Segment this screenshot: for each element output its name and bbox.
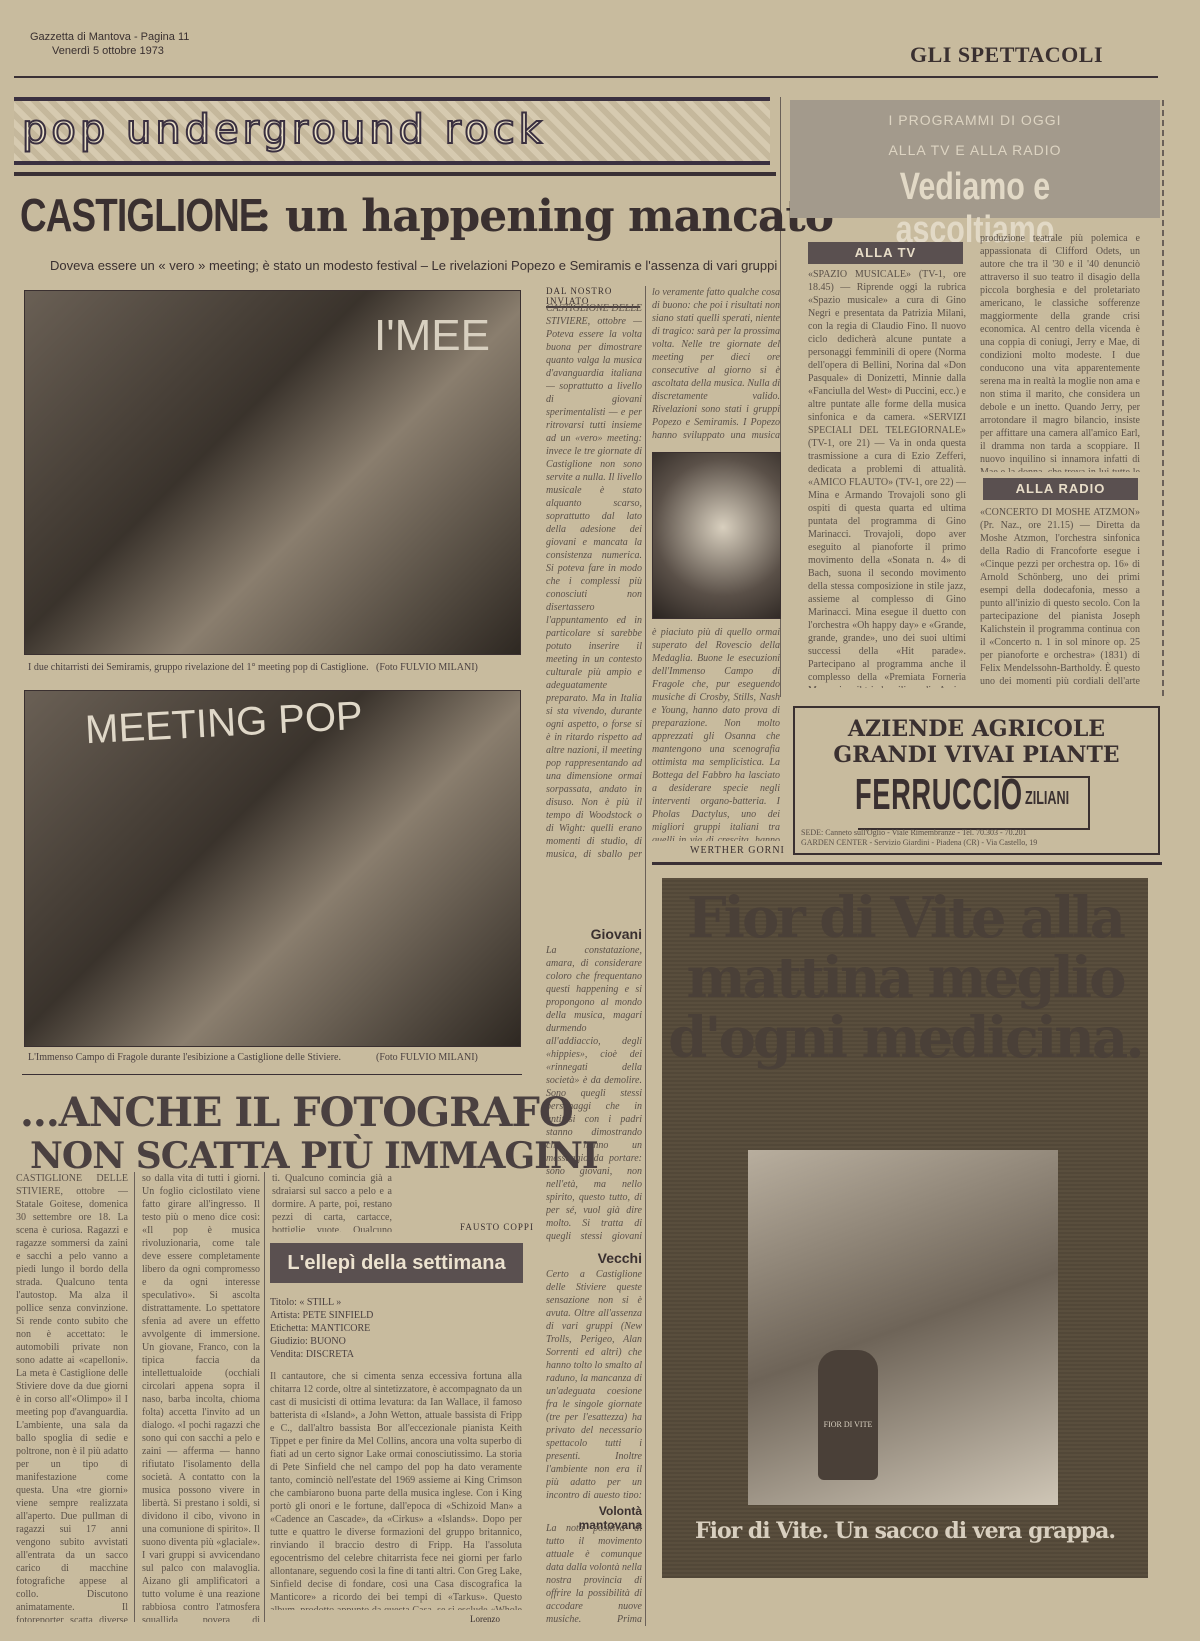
second-article-column-3: ti. Qualcuno comincia già a sdraiarsi su… — [272, 1172, 392, 1232]
main-subhead: Doveva essere un « vero » meeting; è sta… — [50, 258, 777, 273]
byline: FAUSTO COPPI — [460, 1222, 534, 1232]
section-rule — [652, 862, 1162, 865]
radio-tag: ALLA RADIO — [983, 478, 1138, 500]
issue-date: Venerdì 5 ottobre 1973 — [30, 44, 189, 58]
column-divider — [264, 1172, 265, 1622]
photo-credit: (Foto FULVIO MILANI) — [376, 662, 478, 673]
ad-fior-di-vite: Fior di Vite alla mattina meglio d'ogni … — [662, 878, 1148, 1578]
column-divider — [134, 1172, 135, 1622]
photo-semiramis: I'MEE — [24, 290, 521, 655]
header-rule — [14, 76, 1158, 78]
photo-caption: L'Immenso Campo di Fragole durante l'esi… — [28, 1052, 341, 1063]
column-divider — [645, 286, 646, 1626]
radio-listings: «CONCERTO DI MOSHE ATZMON» (Pr. Naz., or… — [980, 506, 1140, 690]
banner-rule — [14, 172, 776, 176]
second-article-column-1: CASTIGLIONE DELLE STIVIERE, ottobre — St… — [16, 1172, 128, 1622]
byline: WERTHER GORNI — [690, 845, 785, 856]
second-article-column-2: so dalla vita di tutti i giorni. Un fogl… — [142, 1172, 260, 1622]
photo-credit: (Foto FULVIO MILANI) — [376, 1052, 478, 1063]
pop-underground-banner: pop underground rock — [14, 97, 770, 165]
section-rule — [22, 1074, 522, 1075]
ad-ziliani: AZIENDE AGRICOLEGRANDI VIVAI PIANTE FERR… — [793, 706, 1160, 855]
main-headline: CASTIGLIONE: un happening mancato — [20, 188, 833, 242]
section-volonta-text: La nota positiva di tutto il movimento a… — [546, 1522, 642, 1622]
section-heading-giovani: Giovani — [546, 926, 642, 942]
album-review-text: Il cantautore, che si cimenta senza ecce… — [270, 1370, 522, 1610]
ellepi-header: L'ellepì della settimana — [270, 1243, 523, 1283]
second-headline: ...ANCHE IL FOTOGRAFO NON SCATTA PIÙ IMM… — [20, 1090, 598, 1176]
article-column-2: lo veramente fatto qualche cosa di buono… — [652, 286, 780, 444]
section-title: GLI SPETTACOLI — [910, 42, 1103, 68]
tv-tag: ALLA TV — [808, 242, 963, 264]
article-column-1: CASTIGLIONE DELLE STIVIERE, ottobre — Po… — [546, 302, 642, 862]
ad-photo-man-with-bottle: FIOR DI VITE — [748, 1150, 1058, 1505]
tv-listings-cont: produzione teatrale più polemica e appas… — [980, 232, 1140, 472]
article-column-1-end — [546, 868, 642, 928]
photo-singer — [652, 452, 781, 619]
photo-campo-di-fragole: MEETING POP — [24, 690, 521, 1047]
album-facts: Titolo: « STILL » Artista: PETE SINFIELD… — [270, 1296, 373, 1361]
article-column-2b: è piaciuto più di quello ormai superato … — [652, 626, 780, 841]
masthead-info: Gazzetta di Mantova - Pagina 11 Venerdì … — [30, 30, 189, 58]
section-heading-vecchi: Vecchi — [546, 1250, 642, 1266]
tv-listings: «SPAZIO MUSICALE» (TV-1, ore 18.45) — Ri… — [808, 268, 966, 688]
box-border — [1162, 100, 1166, 696]
tv-radio-header: I PROGRAMMI DI OGGI ALLA TV E ALLA RADIO… — [790, 100, 1160, 218]
photo-caption: I due chitarristi dei Semiramis, gruppo … — [28, 662, 369, 673]
section-vecchi-text: Certo a Castiglione delle Stiviere quest… — [546, 1268, 642, 1498]
byline: Lorenzo — [470, 1614, 500, 1624]
paper-page: Gazzetta di Mantova - Pagina 11 — [30, 30, 189, 44]
